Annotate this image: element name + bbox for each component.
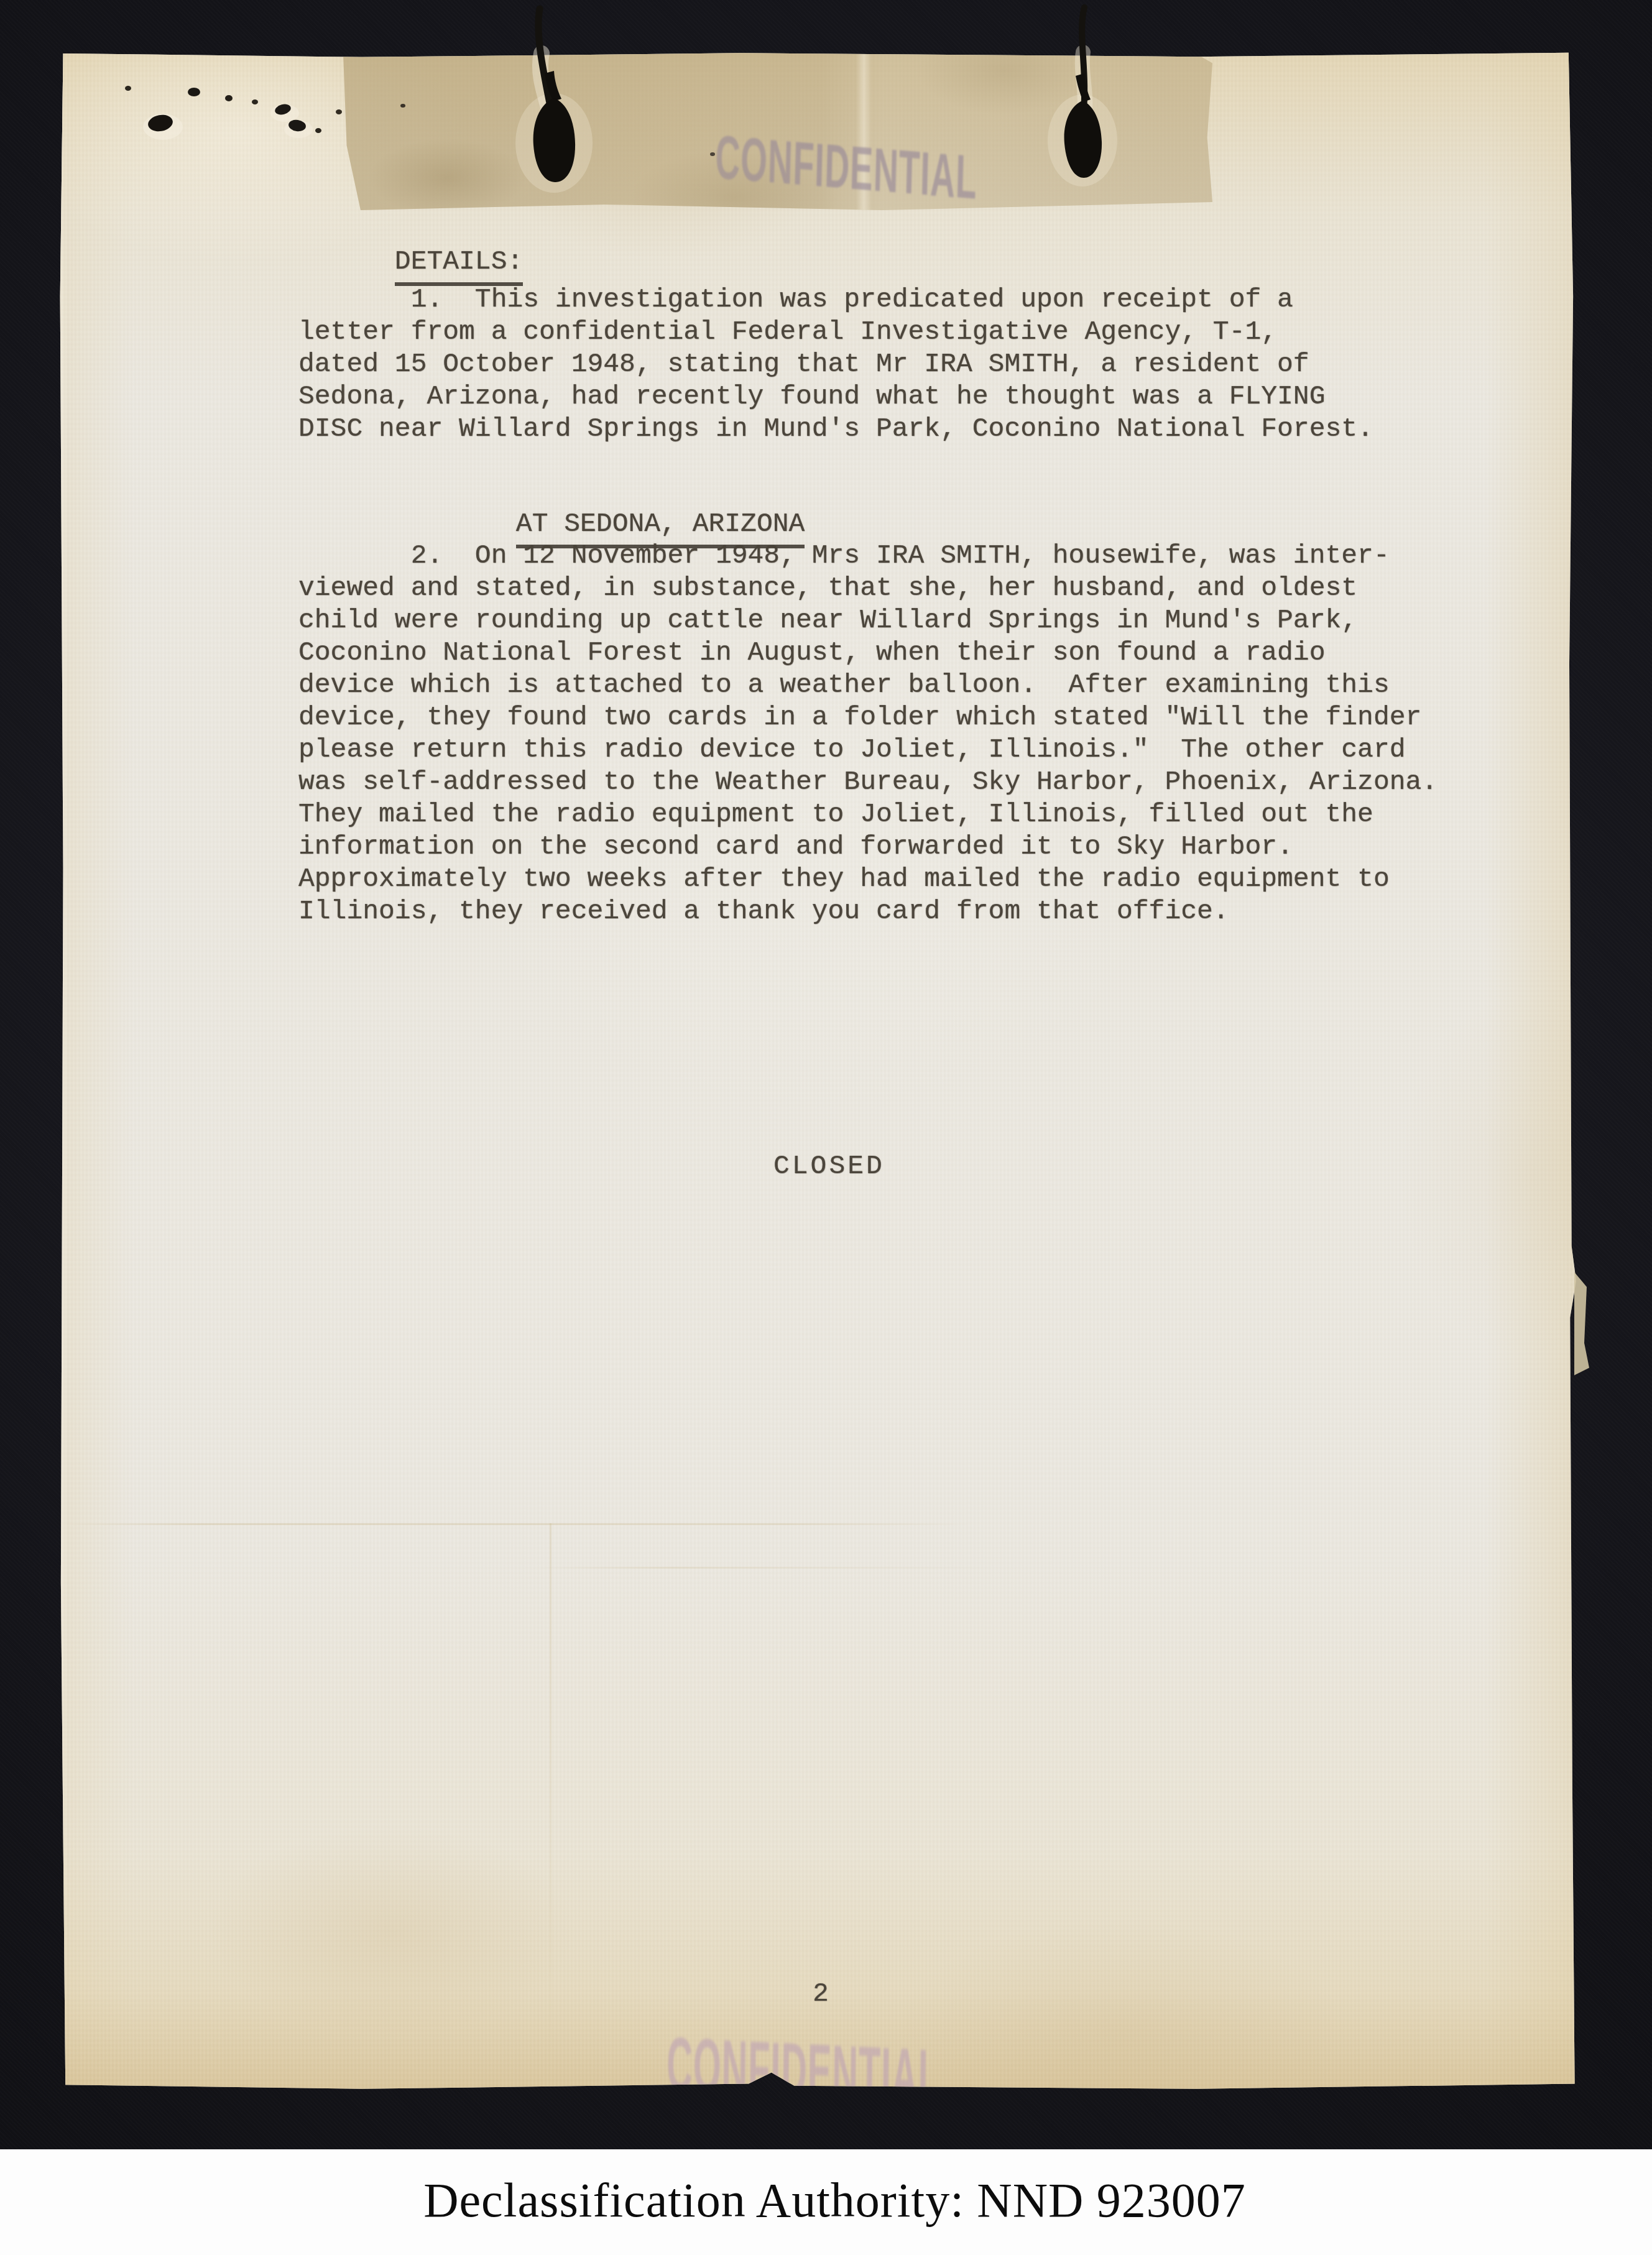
page-number: 2: [813, 1978, 829, 2010]
confidential-stamp-bottom: CONFIDENTIAL: [666, 2021, 941, 2121]
closed-label: CLOSED: [773, 1150, 885, 1183]
paragraph-1: 1. This investigation was predicated upo…: [298, 284, 1373, 445]
paper-sheet: CONFIDENTIAL DETAILS: 1. This investigat…: [58, 51, 1576, 2094]
paragraph-2: 2. On 12 November 1948, Mrs IRA SMITH, h…: [298, 540, 1437, 928]
paper-edge-tear: [1574, 1272, 1589, 1375]
declassification-banner: Declassification Authority: NND 923007: [0, 2149, 1652, 2255]
declassification-caption: Declassification Authority: NND 923007: [406, 2172, 1246, 2232]
paper-crease-horizontal-2: [535, 1567, 995, 1569]
scanned-document: CONFIDENTIAL DETAILS: 1. This investigat…: [0, 0, 1652, 2255]
paper-crease-vertical: [550, 1523, 551, 2093]
details-heading-text: DETAILS:: [395, 246, 523, 286]
paper-crease-horizontal: [62, 1523, 970, 1525]
